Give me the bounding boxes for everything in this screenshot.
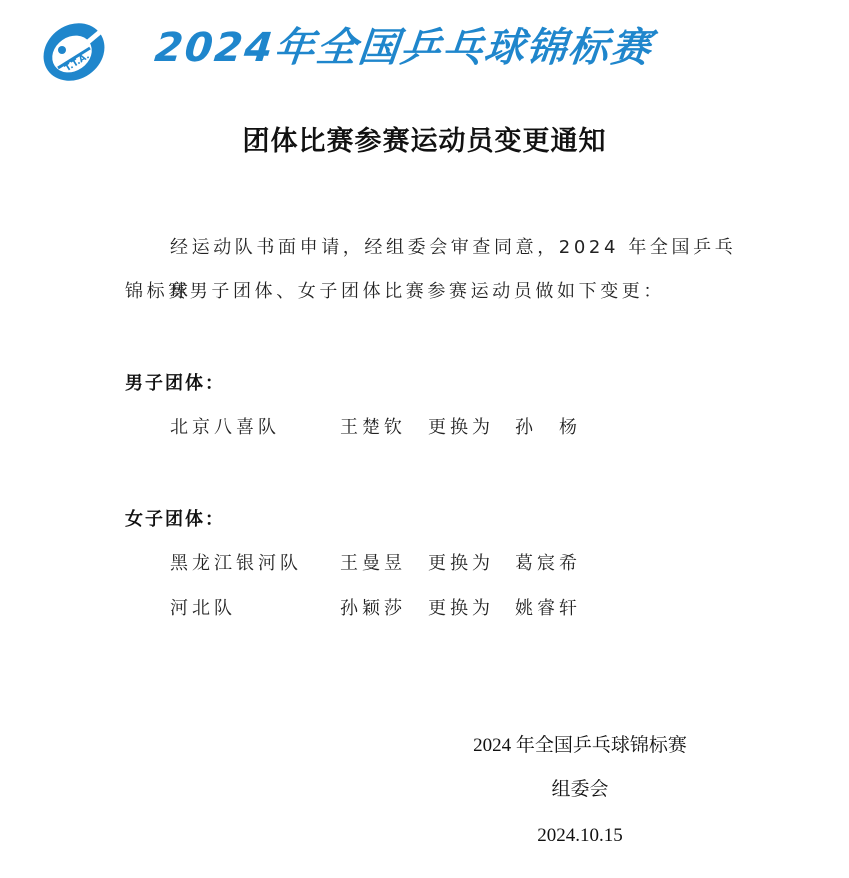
change-row: 北京八喜队 王楚钦 更换为 孙 杨 [170, 414, 670, 442]
event-banner: T.T.A. 2024年全国乒乓球锦标赛 [0, 0, 849, 100]
original-player: 孙颖莎 [340, 595, 406, 623]
replacement-player: 葛宸希 [515, 550, 581, 578]
notice-paragraph-line2: 锦标赛男子团体、女子团体比赛参赛运动员做如下变更： [125, 270, 735, 314]
change-action: 更换为 [428, 414, 494, 442]
team-name: 河北队 [170, 595, 236, 623]
replacement-player: 孙 杨 [515, 414, 581, 442]
original-player: 王曼昱 [340, 550, 406, 578]
replacement-player: 姚睿轩 [515, 595, 581, 623]
signature-committee: 组委会 [430, 776, 730, 804]
section-heading-men: 男子团体： [125, 370, 225, 398]
change-row: 河北队 孙颖莎 更换为 姚睿轩 [170, 595, 670, 623]
ttta-logo-icon: T.T.A. [36, 14, 116, 84]
notice-title: 团体比赛参赛运动员变更通知 [0, 122, 849, 162]
original-player: 王楚钦 [340, 414, 406, 442]
section-heading-women: 女子团体： [125, 506, 225, 534]
signature-organization: 2024 年全国乒乓球锦标赛 [430, 732, 730, 760]
change-action: 更换为 [428, 550, 494, 578]
change-action: 更换为 [428, 595, 494, 623]
team-name: 北京八喜队 [170, 414, 280, 442]
event-title: 2024年全国乒乓球锦标赛 [152, 22, 655, 74]
team-name: 黑龙江银河队 [170, 550, 302, 578]
change-row: 黑龙江银河队 王曼昱 更换为 葛宸希 [170, 550, 670, 578]
signature-date: 2024.10.15 [430, 822, 730, 850]
